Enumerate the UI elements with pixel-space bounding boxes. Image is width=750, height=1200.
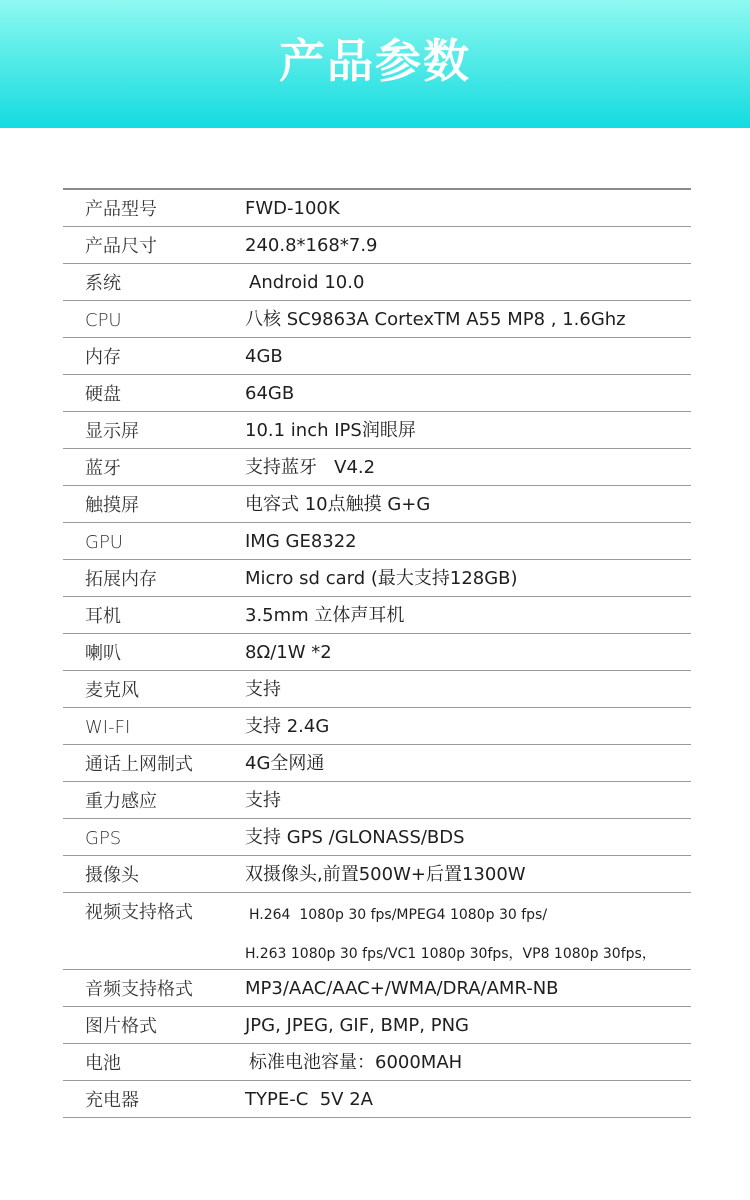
spec-table: 产品型号 FWD-100K 产品尺寸 240.8*168*7.9 系统 Andr… bbox=[63, 188, 691, 1118]
spec-label: 蓝牙 bbox=[85, 449, 121, 485]
spec-value: 8Ω/1W *2 bbox=[245, 634, 332, 670]
spec-label: 麦克风 bbox=[85, 671, 139, 707]
spec-value: 八核 SC9863A CortexTM A55 MP8 , 1.6Ghz bbox=[245, 301, 626, 337]
spec-row-storage: 硬盘 64GB bbox=[63, 375, 691, 412]
spec-value: 240.8*168*7.9 bbox=[245, 227, 378, 263]
spec-row-speaker: 喇叭 8Ω/1W *2 bbox=[63, 634, 691, 671]
spec-row-battery: 电池 标准电池容量：6000MAH bbox=[63, 1044, 691, 1081]
spec-label: 触摸屏 bbox=[85, 486, 139, 522]
spec-label: 系统 bbox=[85, 264, 121, 300]
spec-row-charger: 充电器 TYPE-C 5V 2A bbox=[63, 1081, 691, 1118]
spec-value: TYPE-C 5V 2A bbox=[245, 1081, 373, 1117]
page-title: 产品参数 bbox=[0, 28, 750, 94]
spec-label: CPU bbox=[85, 301, 122, 337]
spec-value: 3.5mm 立体声耳机 bbox=[245, 597, 404, 633]
spec-value: Android 10.0 bbox=[249, 264, 364, 300]
spec-value: MP3/AAC/AAC+/WMA/DRA/AMR-NB bbox=[245, 970, 559, 1006]
spec-label: 硬盘 bbox=[85, 375, 121, 411]
spec-value: 双摄像头,前置500W+后置1300W bbox=[245, 856, 526, 892]
spec-value: 10.1 inch IPS润眼屏 bbox=[245, 412, 416, 448]
spec-label: 喇叭 bbox=[85, 634, 121, 670]
spec-row-display: 显示屏 10.1 inch IPS润眼屏 bbox=[63, 412, 691, 449]
spec-row-ram: 内存 4GB bbox=[63, 338, 691, 375]
spec-value: FWD-100K bbox=[245, 190, 340, 226]
spec-value: 标准电池容量：6000MAH bbox=[249, 1044, 462, 1080]
spec-row-bluetooth: 蓝牙 支持蓝牙 V4.2 bbox=[63, 449, 691, 486]
spec-row-model: 产品型号 FWD-100K bbox=[63, 190, 691, 227]
spec-row-size: 产品尺寸 240.8*168*7.9 bbox=[63, 227, 691, 264]
spec-row-image-formats: 图片格式 JPG, JPEG, GIF, BMP, PNG bbox=[63, 1007, 691, 1044]
spec-label: 产品型号 bbox=[85, 190, 157, 226]
spec-row-cpu: CPU 八核 SC9863A CortexTM A55 MP8 , 1.6Ghz bbox=[63, 301, 691, 338]
spec-row-gpu: GPU IMG GE8322 bbox=[63, 523, 691, 560]
spec-label: 重力感应 bbox=[85, 782, 157, 818]
spec-label: 视频支持格式 bbox=[85, 893, 193, 929]
spec-row-headphone: 耳机 3.5mm 立体声耳机 bbox=[63, 597, 691, 634]
spec-label: 拓展内存 bbox=[85, 560, 157, 596]
spec-value: 64GB bbox=[245, 375, 294, 411]
spec-value: 电容式 10点触摸 G+G bbox=[245, 486, 430, 522]
spec-value: 4GB bbox=[245, 338, 283, 374]
spec-label: GPS bbox=[85, 819, 121, 855]
spec-value: 支持 GPS /GLONASS/BDS bbox=[245, 819, 465, 855]
spec-row-network: 通话上网制式 4G全网通 bbox=[63, 745, 691, 782]
spec-label: 电池 bbox=[85, 1044, 121, 1080]
spec-label: 音频支持格式 bbox=[85, 970, 193, 1006]
spec-value: 4G全网通 bbox=[245, 745, 324, 781]
spec-label: 内存 bbox=[85, 338, 121, 374]
spec-value: 支持 bbox=[245, 782, 281, 818]
spec-label: 通话上网制式 bbox=[85, 745, 193, 781]
spec-value: Micro sd card (最大支持128GB) bbox=[245, 560, 518, 596]
spec-row-touchscreen: 触摸屏 电容式 10点触摸 G+G bbox=[63, 486, 691, 523]
spec-row-audio-formats: 音频支持格式 MP3/AAC/AAC+/WMA/DRA/AMR-NB bbox=[63, 970, 691, 1007]
spec-value: JPG, JPEG, GIF, BMP, PNG bbox=[245, 1007, 469, 1043]
spec-row-os: 系统 Android 10.0 bbox=[63, 264, 691, 301]
spec-value: 支持蓝牙 V4.2 bbox=[245, 449, 375, 485]
spec-value: 支持 bbox=[245, 671, 281, 707]
spec-value-line-1: H.264 1080p 30 fps/MPEG4 1080p 30 fps/ bbox=[249, 907, 547, 923]
spec-row-camera: 摄像头 双摄像头,前置500W+后置1300W bbox=[63, 856, 691, 893]
spec-label: WI-FI bbox=[85, 708, 130, 744]
spec-value-line-2: H.263 1080p 30 fps/VC1 1080p 30fps，VP8 1… bbox=[245, 943, 656, 963]
spec-row-gsensor: 重力感应 支持 bbox=[63, 782, 691, 819]
spec-label: GPU bbox=[85, 523, 123, 559]
spec-row-wifi: WI-FI 支持 2.4G bbox=[63, 708, 691, 745]
spec-row-gps: GPS 支持 GPS /GLONASS/BDS bbox=[63, 819, 691, 856]
spec-row-expansion: 拓展内存 Micro sd card (最大支持128GB) bbox=[63, 560, 691, 597]
spec-row-video-formats: 视频支持格式 H.264 1080p 30 fps/MPEG4 1080p 30… bbox=[63, 893, 691, 970]
spec-label: 显示屏 bbox=[85, 412, 139, 448]
spec-label: 摄像头 bbox=[85, 856, 139, 892]
spec-row-microphone: 麦克风 支持 bbox=[63, 671, 691, 708]
spec-value: IMG GE8322 bbox=[245, 523, 357, 559]
header-banner: 产品参数 bbox=[0, 0, 750, 128]
spec-label: 充电器 bbox=[85, 1081, 139, 1117]
spec-value: 支持 2.4G bbox=[245, 708, 329, 744]
spec-label: 图片格式 bbox=[85, 1007, 157, 1043]
spec-label: 产品尺寸 bbox=[85, 227, 157, 263]
spec-label: 耳机 bbox=[85, 597, 121, 633]
